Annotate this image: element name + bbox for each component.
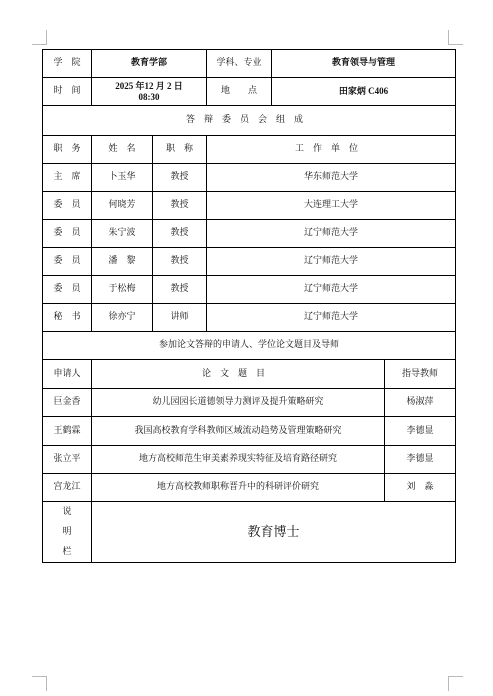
college-label: 学 院: [43, 50, 92, 78]
member-unit: 辽宁师范大学: [207, 304, 456, 332]
committee-member-row: 秘 书 徐亦宁 讲师 辽宁师范大学: [43, 304, 456, 332]
member-title: 教授: [153, 220, 207, 248]
advisor-name: 李德显: [385, 446, 456, 474]
member-name: 潘 黎: [92, 248, 153, 276]
header-title: 职 称: [153, 136, 207, 164]
member-title: 教授: [153, 276, 207, 304]
header-unit: 工作单位: [207, 136, 456, 164]
advisor-name: 杨淑萍: [385, 389, 456, 417]
header-name: 姓 名: [92, 136, 153, 164]
place-value: 田家炳 C406: [272, 78, 456, 106]
time-row: 时 间 2025 年12 月 2 日 08:30 地 点 田家炳 C406: [43, 78, 456, 106]
member-name: 徐亦宁: [92, 304, 153, 332]
thesis-section-row: 参加论文答辩的申请人、学位论文题目及导师: [43, 332, 456, 360]
member-role: 主 席: [43, 164, 92, 192]
college-value: 教育学部: [92, 50, 207, 78]
major-value: 教育领导与管理: [272, 50, 456, 78]
thesis-header-row: 申请人 论文题目 指导教师: [43, 360, 456, 389]
member-role: 委 员: [43, 248, 92, 276]
crop-mark-top-right: [448, 30, 463, 45]
thesis-title: 地方高校师范生审美素养现实特征及培育路径研究: [92, 446, 385, 474]
advisor-name: 刘 淼: [385, 474, 456, 502]
time-date: 2025 年12 月 2 日: [92, 81, 206, 92]
thesis-row: 宫龙江 地方高校教师职称晋升中的科研评价研究 刘 淼: [43, 474, 456, 502]
time-value: 2025 年12 月 2 日 08:30: [92, 78, 207, 106]
thesis-row: 王鹤霖 我国高校教育学科教师区域流动趋势及管理策略研究 李德显: [43, 417, 456, 446]
member-title: 教授: [153, 248, 207, 276]
time-label: 时 间: [43, 78, 92, 106]
crop-mark-bottom-left: [32, 676, 47, 691]
notes-value: 教育博士: [92, 502, 456, 563]
committee-header-row: 职 务 姓 名 职 称 工作单位: [43, 136, 456, 164]
member-role: 委 员: [43, 220, 92, 248]
member-unit: 辽宁师范大学: [207, 248, 456, 276]
college-row: 学 院 教育学部 学科、专业 教育领导与管理: [43, 50, 456, 78]
member-unit: 大连理工大学: [207, 192, 456, 220]
thesis-row: 张立平 地方高校师范生审美素养现实特征及培育路径研究 李德显: [43, 446, 456, 474]
committee-member-row: 主 席 卜玉华 教授 华东师范大学: [43, 164, 456, 192]
crop-mark-top-left: [32, 30, 47, 45]
thesis-title: 地方高校教师职称晋升中的科研评价研究: [92, 474, 385, 502]
notes-row: 说 明 栏 教育博士: [43, 502, 456, 563]
thesis-section-title: 参加论文答辩的申请人、学位论文题目及导师: [43, 332, 456, 360]
header-thesis-title: 论文题目: [92, 360, 385, 389]
member-name: 于松梅: [92, 276, 153, 304]
advisor-name: 李德显: [385, 417, 456, 446]
applicant-name: 张立平: [43, 446, 92, 474]
member-title: 教授: [153, 164, 207, 192]
member-unit: 辽宁师范大学: [207, 276, 456, 304]
notes-label: 说 明 栏: [43, 502, 92, 563]
member-unit: 华东师范大学: [207, 164, 456, 192]
applicant-name: 王鹤霖: [43, 417, 92, 446]
header-applicant: 申请人: [43, 360, 92, 389]
committee-member-row: 委 员 朱宁波 教授 辽宁师范大学: [43, 220, 456, 248]
member-role: 委 员: [43, 276, 92, 304]
committee-section-row: 答辩委员会组成: [43, 106, 456, 136]
committee-section-title: 答辩委员会组成: [43, 106, 456, 136]
member-name: 何晓芳: [92, 192, 153, 220]
member-title: 教授: [153, 192, 207, 220]
member-role: 委 员: [43, 192, 92, 220]
header-advisor: 指导教师: [385, 360, 456, 389]
member-name: 卜玉华: [92, 164, 153, 192]
applicant-name: 巨金香: [43, 389, 92, 417]
member-name: 朱宁波: [92, 220, 153, 248]
committee-member-row: 委 员 于松梅 教授 辽宁师范大学: [43, 276, 456, 304]
defense-info-table: 学 院 教育学部 学科、专业 教育领导与管理 时 间 2025 年12 月 2 …: [42, 49, 456, 563]
member-role: 秘 书: [43, 304, 92, 332]
time-clock: 08:30: [92, 92, 206, 103]
thesis-title: 幼儿园园长道德领导力测评及提升策略研究: [92, 389, 385, 417]
place-label: 地 点: [207, 78, 272, 106]
thesis-row: 巨金香 幼儿园园长道德领导力测评及提升策略研究 杨淑萍: [43, 389, 456, 417]
major-label: 学科、专业: [207, 50, 272, 78]
member-title: 讲师: [153, 304, 207, 332]
member-unit: 辽宁师范大学: [207, 220, 456, 248]
applicant-name: 宫龙江: [43, 474, 92, 502]
crop-mark-bottom-right: [448, 676, 463, 691]
header-role: 职 务: [43, 136, 92, 164]
committee-member-row: 委 员 潘 黎 教授 辽宁师范大学: [43, 248, 456, 276]
thesis-title: 我国高校教育学科教师区域流动趋势及管理策略研究: [92, 417, 385, 446]
committee-member-row: 委 员 何晓芳 教授 大连理工大学: [43, 192, 456, 220]
defense-form: 学 院 教育学部 学科、专业 教育领导与管理 时 间 2025 年12 月 2 …: [42, 49, 455, 563]
